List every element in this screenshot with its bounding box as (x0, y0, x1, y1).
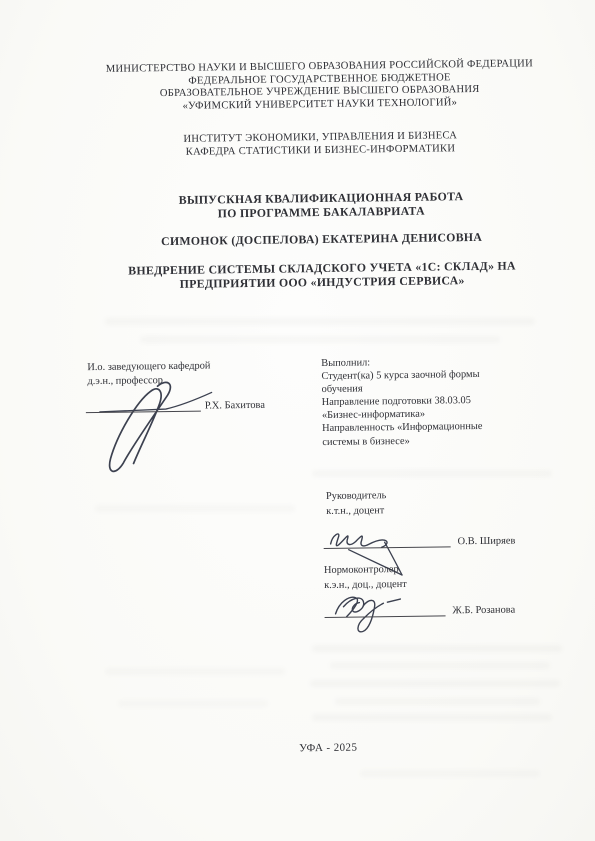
author-name: СИМОНОК (ДОСПЕЛОВА) ЕКАТЕРИНА ДЕНИСОВНА (82, 230, 562, 250)
title-page-sheet: МИНИСТЕРСТВО НАУКИ И ВЫСШЕГО ОБРАЗОВАНИЯ… (0, 0, 595, 841)
norm-controller-block: Нормоконтролер к.э.н., доц., доцент (324, 563, 407, 594)
norm-controller-degree: к.э.н., доц., доцент (324, 578, 407, 594)
page-content: МИНИСТЕРСТВО НАУКИ И ВЫСШЕГО ОБРАЗОВАНИЯ… (79, 0, 570, 841)
performer-line: системы в бизнесе» (322, 432, 560, 448)
institute-header: ИНСТИТУТ ЭКОНОМИКИ, УПРАВЛЕНИЯ И БИЗНЕСА… (80, 129, 560, 160)
norm-controller-position: Нормоконтролер (324, 563, 407, 579)
dept-head-signature (91, 377, 224, 479)
thesis-title: ВНЕДРЕНИЕ СИСТЕМЫ СКЛАДСКОГО УЧЕТА «1С: … (82, 259, 562, 292)
dept-head-name: Р.Х. Бахитова (205, 400, 265, 412)
performer-block: Выполнил: Студент(ка) 5 курса заочной фо… (321, 354, 560, 449)
ministry-header: МИНИСТЕРСТВО НАУКИ И ВЫСШЕГО ОБРАЗОВАНИЯ… (79, 58, 560, 114)
city-year: УФА - 2025 (88, 739, 568, 757)
supervisor-name: О.В. Ширяев (458, 536, 516, 548)
dept-head-position: И.о. заведующего кафедрой (87, 359, 210, 374)
norm-controller-signature (327, 593, 438, 646)
work-type-heading: ВЫПУСКНАЯ КВАЛИФИКАЦИОННАЯ РАБОТА ПО ПРО… (81, 189, 561, 222)
supervisor-position: Руководитель (326, 489, 387, 504)
supervisor-degree: к.т.н., доцент (326, 504, 387, 519)
norm-controller-name: Ж.Б. Розанова (452, 605, 515, 617)
supervisor-block: Руководитель к.т.н., доцент (326, 489, 387, 519)
